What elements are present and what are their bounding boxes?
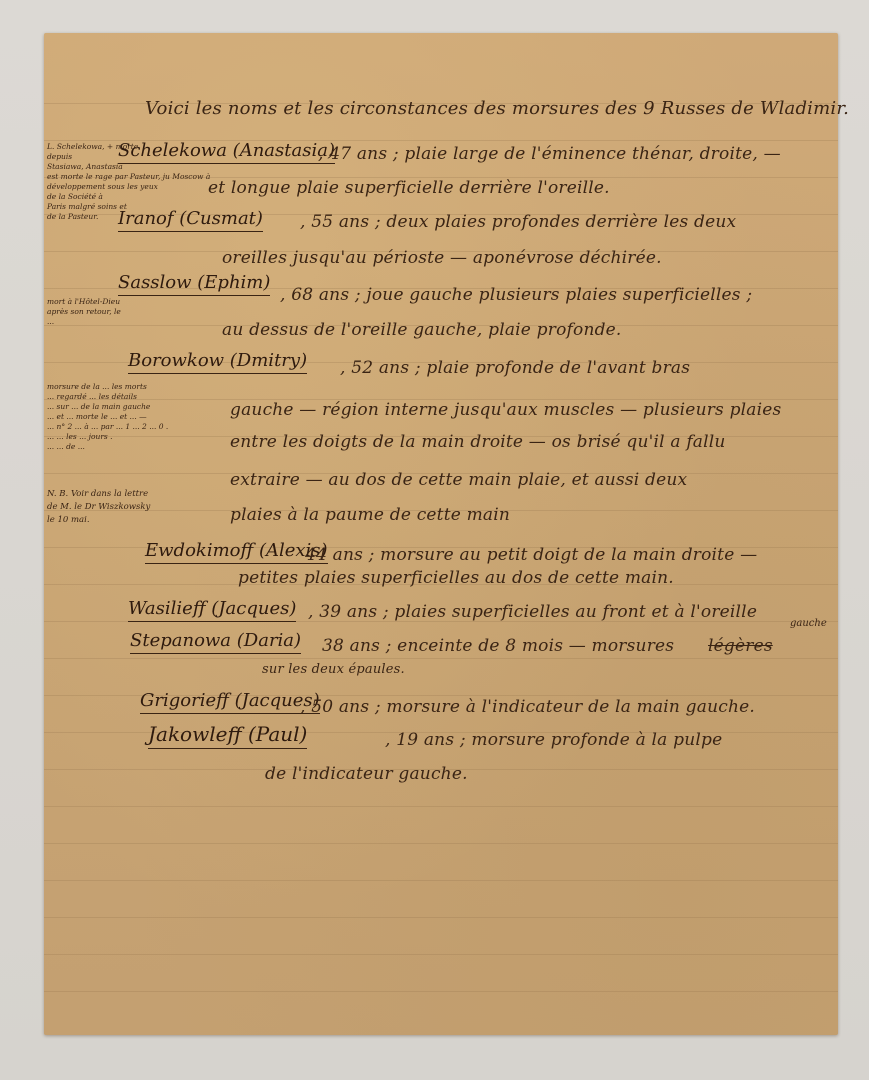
entry-name: Jakowleff (Paul) xyxy=(148,722,307,749)
entry-text: , 68 ans ; joue gauche plusieurs plaies … xyxy=(280,285,752,305)
entry-text: extraire — au dos de cette main plaie, e… xyxy=(230,470,687,490)
margin-note: N. B. Voir dans la lettre de M. le Dr Wi… xyxy=(47,488,150,527)
margin-note-line: de la Société à xyxy=(47,192,210,202)
margin-note-line: de la Pasteur. xyxy=(47,212,210,222)
entry-text: oreilles jusqu'au périoste — aponévrose … xyxy=(222,248,662,268)
margin-note-line: L. Schelekowa, + morte xyxy=(47,142,210,152)
margin-note-line: mort à l'Hôtel-Dieu xyxy=(47,297,121,307)
margin-note-line: ... ... les ... jours . xyxy=(47,432,168,442)
ruled-line xyxy=(44,843,838,844)
margin-note-line: développement sous les yeux xyxy=(47,182,210,192)
ruled-line xyxy=(44,917,838,918)
entry-text: , 50 ans ; morsure à l'indicateur de la … xyxy=(300,697,755,717)
entry-text: entre les doigts de la main droite — os … xyxy=(230,432,726,452)
struck-word: légères xyxy=(708,636,773,656)
entry-text: , 47 ans ; plaie large de l'éminence thé… xyxy=(318,144,781,164)
margin-note-line: ... regardé ... les détails xyxy=(47,392,168,402)
entry-text: et longue plaie superficielle derrière l… xyxy=(208,178,610,198)
ruled-line xyxy=(44,880,838,881)
ruled-line xyxy=(44,806,838,807)
entry-name: Borowkow (Dmitry) xyxy=(128,350,307,374)
entry-text: , 39 ans ; plaies superficielles au fron… xyxy=(308,602,757,622)
entry-text: au dessus de l'oreille gauche, plaie pro… xyxy=(222,320,622,340)
entry-name: Ewdokimoff (Alexis) xyxy=(145,540,328,564)
margin-note-line: Paris malgré soins et xyxy=(47,202,210,212)
margin-note-line: ... n° 2 ... à ... par ... 1 ... 2 ... 0… xyxy=(47,422,168,432)
margin-note-line: après son retour, le xyxy=(47,307,121,317)
margin-note-line: morsure de la ... les morts xyxy=(47,382,168,392)
margin-note-line: ... xyxy=(47,317,121,327)
margin-note: L. Schelekowa, + morte depuis Stasiawa, … xyxy=(47,142,210,222)
margin-note-line: ... sur ... de la main gauche xyxy=(47,402,168,412)
entry-text: plaies à la paume de cette main xyxy=(230,505,510,525)
ruled-line xyxy=(44,991,838,992)
margin-note-line: Stasiawa, Anastasia xyxy=(47,162,210,172)
margin-note-line: ... et ... morte le ... et ... — xyxy=(47,412,168,422)
entry-name: Stepanowa (Daria) xyxy=(130,630,301,654)
entry-name: Wasilieff (Jacques) xyxy=(128,598,296,622)
margin-note: mort à l'Hôtel-Dieu après son retour, le… xyxy=(47,297,121,327)
margin-note-line: N. B. Voir dans la lettre xyxy=(47,488,150,501)
ruled-line xyxy=(44,954,838,955)
margin-note-line: ... ... de ... xyxy=(47,442,168,452)
entry-text: , 52 ans ; plaie profonde de l'avant bra… xyxy=(340,358,690,378)
ruled-line xyxy=(44,658,838,659)
heading-line: Voici les noms et les circonstances des … xyxy=(145,98,849,119)
entry-text: , 19 ans ; morsure profonde à la pulpe xyxy=(385,730,722,750)
entry-text: 38 ans ; enceinte de 8 mois — morsures xyxy=(322,636,674,656)
margin-note-line: le 10 mai. xyxy=(47,514,150,527)
entry-text: , 55 ans ; deux plaies profondes derrièr… xyxy=(300,212,736,232)
entry-text: sur les deux épaules. xyxy=(262,662,405,677)
margin-note-line: depuis xyxy=(47,152,210,162)
entry-name: Sasslow (Ephim) xyxy=(118,272,270,296)
margin-note-line: de M. le Dr Wiszkowsky xyxy=(47,501,150,514)
margin-note-line: est morte le rage par Pasteur, ju Moscow… xyxy=(47,172,210,182)
entry-text: petites plaies superficielles au dos de … xyxy=(238,568,674,588)
entry-text: gauche — région interne jusqu'aux muscle… xyxy=(230,400,781,420)
margin-note: morsure de la ... les morts ... regardé … xyxy=(47,382,168,452)
entry-text: de l'indicateur gauche. xyxy=(265,764,468,784)
entry-name: Grigorieff (Jacques) xyxy=(140,690,320,714)
entry-text: 44 ans ; morsure au petit doigt de la ma… xyxy=(305,545,757,565)
entry-insertion: gauche xyxy=(790,618,827,629)
